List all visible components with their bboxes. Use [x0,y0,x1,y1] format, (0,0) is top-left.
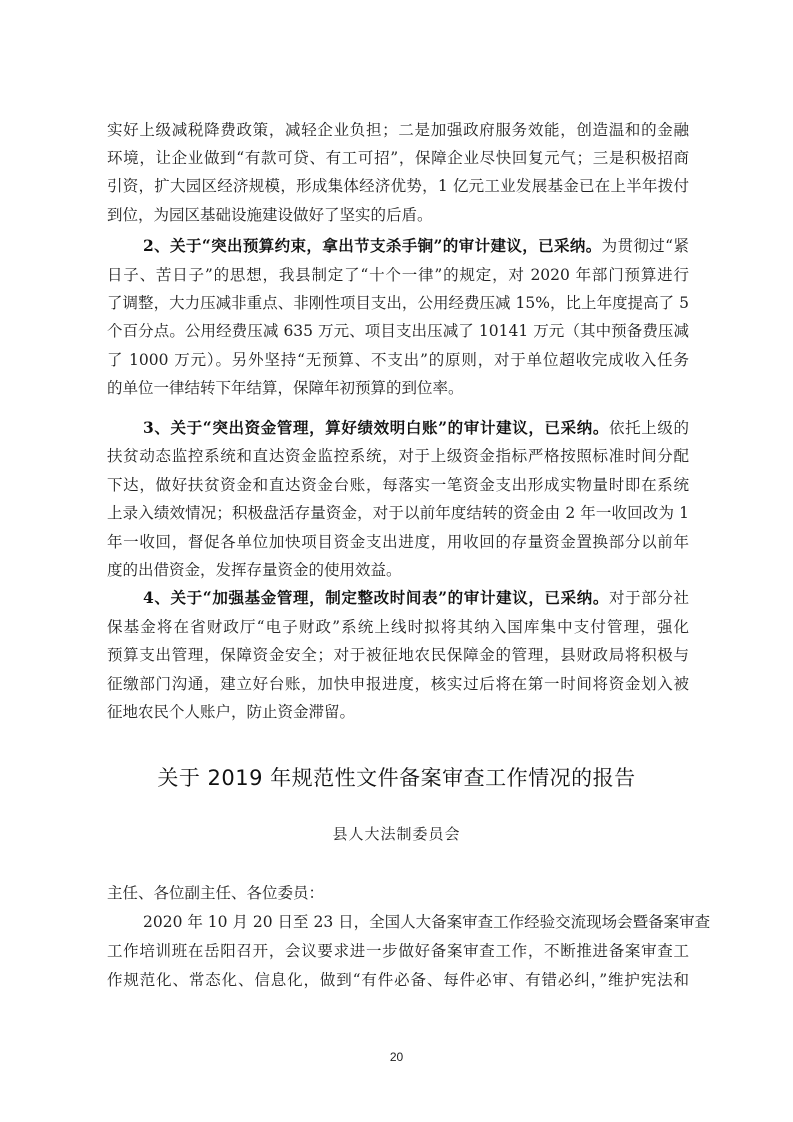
item-2-heading: 2、关于“突出预算约束，拿出节支杀手锏”的审计建议，已采纳。 [143,236,602,255]
body-text-line: 作规范化、常态化、信息化，做到“有件必备、每件必审、有错必纠，”维护宪法和 [107,970,689,990]
item-3-first-line: 3、关于“突出资金管理，算好绩效明白账”的审计建议，已采纳。依托上级的 [143,418,689,438]
body-text-line: 实好上级减税降费政策，减轻企业负担；二是加强政府服务效能，创造温和的金融 [107,120,689,140]
item-3-text: 依托上级的 [609,419,689,437]
item-4-text: 对于部分社 [609,589,689,607]
body-text-line: 环境，让企业做到“有款可贷、有工可招”，保障企业尽快回复元气；三是积极招商 [107,148,689,168]
item-2-text: 为贯彻过“紧 [602,237,689,255]
report-author: 县人大法制委员会 [0,823,793,844]
body-text-line: 日子、苦日子”的思想，我县制定了“十个一律”的规定，对 2020 年部门预算进行 [107,265,689,285]
body-text-line: 的单位一律结转下年结算，保障年初预算的到位率。 [107,378,689,398]
page-number: 20 [0,1050,793,1064]
body-text-line: 度的出借资金，发挥存量资金的使用效益。 [107,560,689,580]
body-text-line: 预算支出管理，保障资金安全；对于被征地农民保障金的管理，县财政局将积极与 [107,645,689,665]
body-text-line: 扶贫动态监控系统和直达资金监控系统，对于上级资金指标严格按照标准时间分配 [107,446,689,466]
body-text-line: 上录入绩效情况；积极盘活存量资金，对于以前年度结转的资金由 2 年一收回改为 1 [107,503,689,523]
body-text-line: 下达，做好扶贫资金和直达资金台账，每落实一笔资金支出形成实物量时即在系统 [107,475,689,495]
body-text-line: 引资，扩大园区经济规模，形成集体经济优势，1 亿元工业发展基金已在上半年拨付 [107,176,689,196]
item-4-first-line: 4、关于“加强基金管理，制定整改时间表”的审计建议，已采纳。对于部分社 [143,588,689,608]
report-title: 关于 2019 年规范性文件备案审查工作情况的报告 [0,762,793,792]
body-text-line: 个百分点。公用经费压减 635 万元、项目支出压减了 10141 万元（其中预备… [107,321,689,341]
body-text-line: 工作培训班在岳阳召开，会议要求进一步做好备案审查工作，不断推进备案审查工 [107,941,689,961]
item-3-heading: 3、关于“突出资金管理，算好绩效明白账”的审计建议，已采纳。 [143,418,609,437]
body-text-line: 了调整，大力压减非重点、非刚性项目支出，公用经费压减 15%，比上年度提高了 5 [107,293,689,313]
salutation: 主任、各位副主任、各位委员： [107,883,689,903]
body-text-line: 年一收回，督促各单位加快项目资金支出进度，用收回的存量资金置换部分以前年 [107,532,689,552]
body-text-line: 2020 年 10 月 20 日至 23 日，全国人大备案审查工作经验交流现场会… [143,912,689,932]
body-text-line: 征缴部门沟通，建立好台账，加快申报进度，核实过后将在第一时间将资金划入被 [107,674,689,694]
body-text-line: 征地农民个人账户，防止资金滞留。 [107,702,689,722]
item-4-heading: 4、关于“加强基金管理，制定整改时间表”的审计建议，已采纳。 [143,588,609,607]
body-text-line: 了 1000 万元）。另外坚持“无预算、不支出”的原则，对于单位超收完成收入任务 [107,350,689,370]
body-text-line: 保基金将在省财政厅“电子财政”系统上线时拟将其纳入国库集中支付管理，强化 [107,617,689,637]
item-2-first-line: 2、关于“突出预算约束，拿出节支杀手锏”的审计建议，已采纳。为贯彻过“紧 [143,236,689,256]
document-page: 实好上级减税降费政策，减轻企业负担；二是加强政府服务效能，创造温和的金融 环境，… [0,0,793,1122]
body-text-line: 到位，为园区基础设施建设做好了坚实的后盾。 [107,205,689,225]
